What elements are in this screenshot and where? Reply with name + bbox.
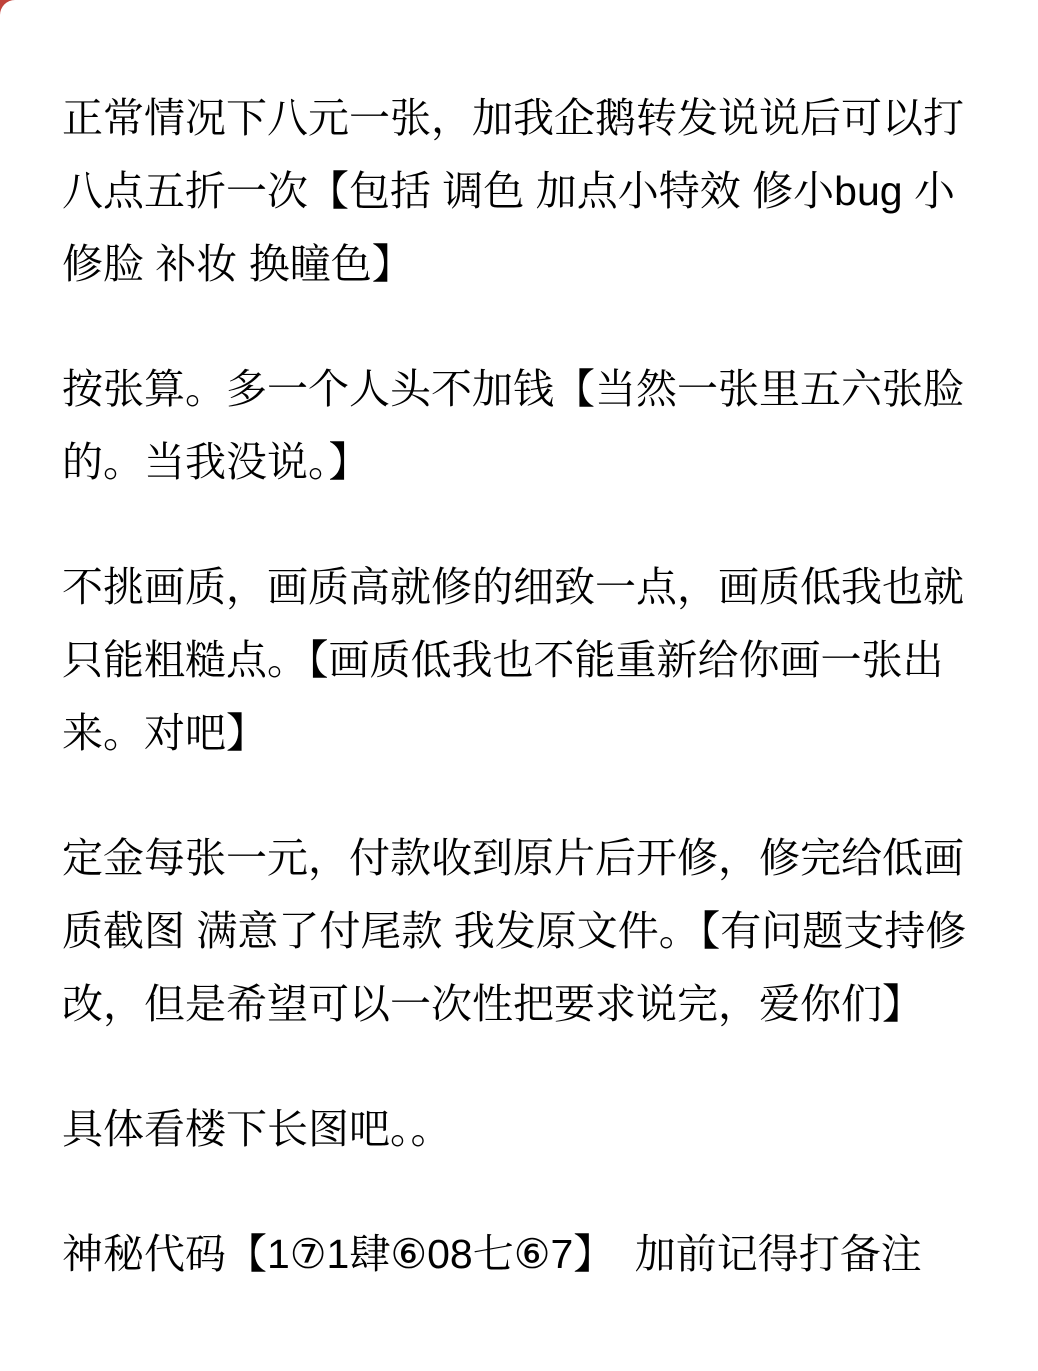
paragraph-deposit-workflow: 定金每张一元，付款收到原片后开修，修完给低画质截图 满意了付尾款 我发原文件。【… (62, 822, 988, 1041)
paragraph-secret-code: 神秘代码【1⑦1肆⑥08七⑥7】 加前记得打备注 (62, 1218, 988, 1291)
post-text-card: 正常情况下八元一张，加我企鹅转发说说后可以打八点五折一次【包括 调色 加点小特效… (0, 0, 1038, 1371)
paragraph-per-photo-rule: 按张算。多一个人头不加钱【当然一张里五六张脸的。当我没说。】 (62, 353, 988, 499)
paragraph-pricing: 正常情况下八元一张，加我企鹅转发说说后可以打八点五折一次【包括 调色 加点小特效… (62, 82, 988, 301)
paragraph-image-quality: 不挑画质，画质高就修的细致一点，画质低我也就只能粗糙点。【画质低我也不能重新给你… (62, 551, 988, 770)
paragraph-see-below: 具体看楼下长图吧。。 (62, 1093, 988, 1166)
